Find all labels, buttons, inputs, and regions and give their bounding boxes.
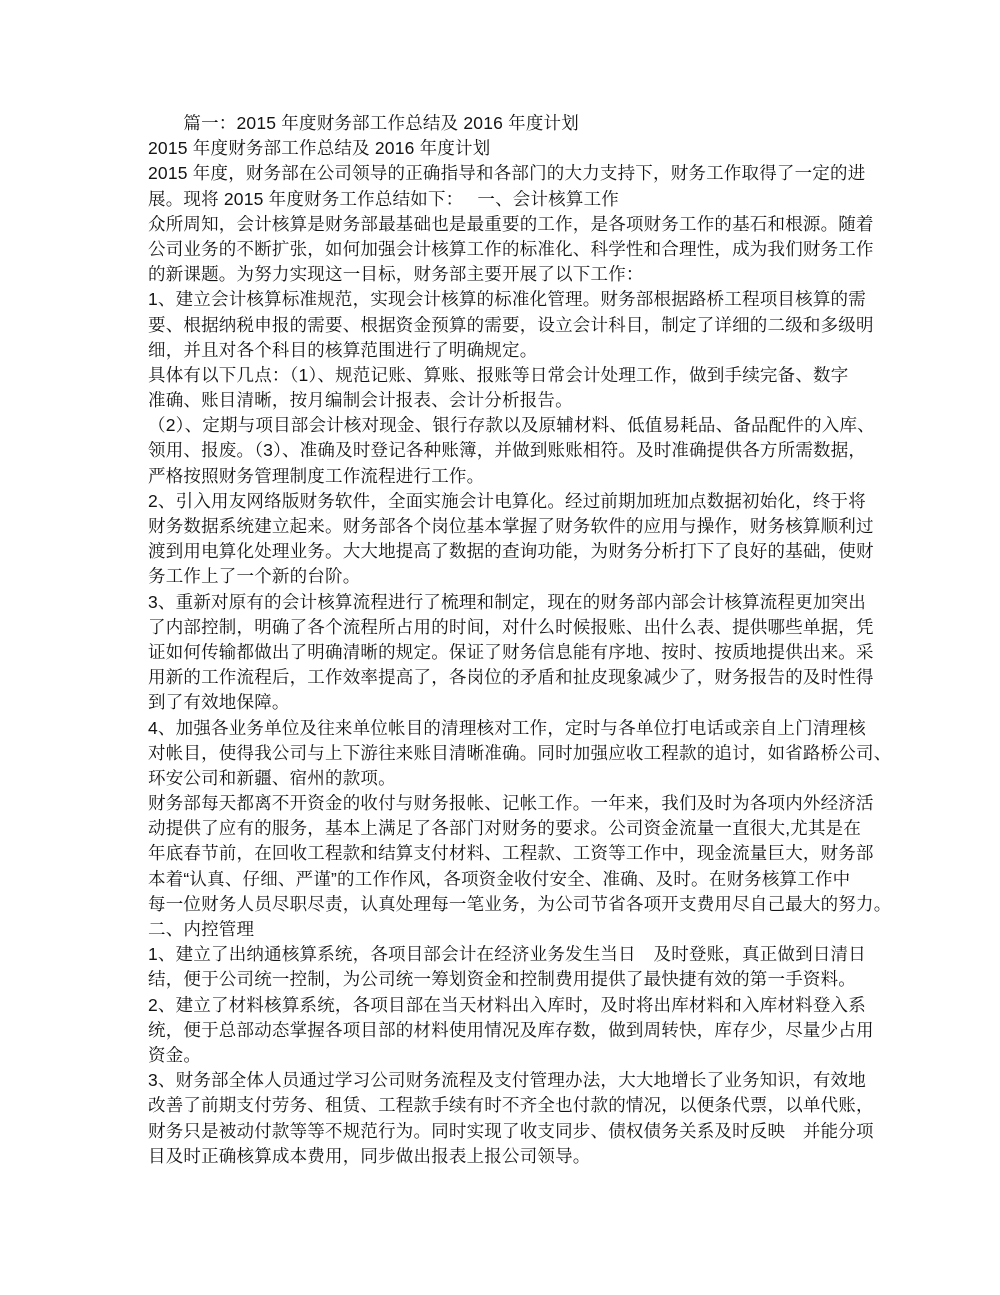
text-line: 1、建立了出纳通核算系统，各项目部会计在经济业务发生当日 及时登账，真正做到日清… xyxy=(148,942,864,967)
text-line: 细，并且对各个科目的核算范围进行了明确规定。 xyxy=(148,338,864,363)
document-page: 篇一：2015 年度财务部工作总结及 2016 年度计划2015 年度财务部工作… xyxy=(0,0,1000,1295)
text-line: 统，便于总部动态掌握各项目部的材料使用情况及库存数，做到周转快，库存少，尽量少占… xyxy=(148,1018,864,1043)
text-line: 领用、报废。（3）、准确及时登记各种账簿，并做到账账相符。及时准确提供各方所需数… xyxy=(148,438,864,463)
text-line: 对帐目，使得我公司与上下游往来账目清晰准确。同时加强应收工程款的追讨，如省路桥公… xyxy=(148,741,864,766)
text-line: 众所周知，会计核算是财务部最基础也是最重要的工作，是各项财务工作的基石和根源。随… xyxy=(148,212,864,237)
text-line: 改善了前期支付劳务、租赁、工程款手续有时不齐全也付款的情况，以便条代票，以单代账… xyxy=(148,1093,864,1118)
text-line: 结，便于公司统一控制，为公司统一筹划资金和控制费用提供了最快捷有效的第一手资料。 xyxy=(148,967,864,992)
text-line: 2015 年度，财务部在公司领导的正确指导和各部门的大力支持下，财务工作取得了一… xyxy=(148,161,864,186)
text-line: 环安公司和新疆、宿州的款项。 xyxy=(148,766,864,791)
text-line: 务工作上了一个新的台阶。 xyxy=(148,564,864,589)
text-line: 展。现将 2015 年度财务工作总结如下： 一、会计核算工作 xyxy=(148,187,864,212)
text-line: 2、建立了材料核算系统，各项目部在当天材料出入库时，及时将出库材料和入库材料登入… xyxy=(148,993,864,1018)
text-line: 4、加强各业务单位及往来单位帐目的清理核对工作，定时与各单位打电话或亲自上门清理… xyxy=(148,716,864,741)
text-line: 公司业务的不断扩张，如何加强会计核算工作的标准化、科学性和合理性，成为我们财务工… xyxy=(148,237,864,262)
text-line: 证如何传输都做出了明确清晰的规定。保证了财务信息能有序地、按时、按质地提供出来。… xyxy=(148,640,864,665)
text-line: 2、引入用友网络版财务软件，全面实施会计电算化。经过前期加班加点数据初始化，终于… xyxy=(148,489,864,514)
text-line: 资金。 xyxy=(148,1043,864,1068)
text-line: 准确、账目清晰，按月编制会计报表、会计分析报告。 xyxy=(148,388,864,413)
text-line: 财务只是被动付款等等不规范行为。同时实现了收支同步、债权债务关系及时反映 并能分… xyxy=(148,1119,864,1144)
text-line: 财务数据系统建立起来。财务部各个岗位基本掌握了财务软件的应用与操作，财务核算顺利… xyxy=(148,514,864,539)
text-line: 二、内控管理 xyxy=(148,917,864,942)
text-line: 了内部控制，明确了各个流程所占用的时间，对什么时候报账、出什么表、提供哪些单据，… xyxy=(148,615,864,640)
text-line: 具体有以下几点：（1）、规范记账、算账、报账等日常会计处理工作，做到手续完备、数… xyxy=(148,363,864,388)
text-line: 篇一：2015 年度财务部工作总结及 2016 年度计划 xyxy=(148,111,864,136)
text-line: 财务部每天都离不开资金的收付与财务报帐、记帐工作。一年来，我们及时为各项内外经济… xyxy=(148,791,864,816)
text-line: 本着“认真、仔细、严谨”的工作作风，各项资金收付安全、准确、及时。在财务核算工作… xyxy=(148,867,864,892)
text-line: 1、建立会计核算标准规范，实现会计核算的标准化管理。财务部根据路桥工程项目核算的… xyxy=(148,287,864,312)
text-line: （2）、定期与项目部会计核对现金、银行存款以及原辅材料、低值易耗品、备品配件的入… xyxy=(148,413,864,438)
text-line: 到了有效地保障。 xyxy=(148,690,864,715)
text-line: 每一位财务人员尽职尽责，认真处理每一笔业务，为公司节省各项开支费用尽自己最大的努… xyxy=(148,892,864,917)
text-line: 3、重新对原有的会计核算流程进行了梳理和制定，现在的财务部内部会计核算流程更加突… xyxy=(148,590,864,615)
text-line: 目及时正确核算成本费用，同步做出报表上报公司领导。 xyxy=(148,1144,864,1169)
text-line: 渡到用电算化处理业务。大大地提高了数据的查询功能，为财务分析打下了良好的基础，使… xyxy=(148,539,864,564)
text-line: 严格按照财务管理制度工作流程进行工作。 xyxy=(148,464,864,489)
text-line: 用新的工作流程后，工作效率提高了，各岗位的矛盾和扯皮现象减少了，财务报告的及时性… xyxy=(148,665,864,690)
document-body-text: 篇一：2015 年度财务部工作总结及 2016 年度计划2015 年度财务部工作… xyxy=(148,111,864,1169)
text-line: 2015 年度财务部工作总结及 2016 年度计划 xyxy=(148,136,864,161)
text-line: 3、财务部全体人员通过学习公司财务流程及支付管理办法，大大地增长了业务知识，有效… xyxy=(148,1068,864,1093)
text-line: 年底春节前，在回收工程款和结算支付材料、工程款、工资等工作中，现金流量巨大，财务… xyxy=(148,841,864,866)
text-line: 的新课题。为努力实现这一目标，财务部主要开展了以下工作： xyxy=(148,262,864,287)
text-line: 要、根据纳税申报的需要、根据资金预算的需要，设立会计科目，制定了详细的二级和多级… xyxy=(148,313,864,338)
text-line: 动提供了应有的服务，基本上满足了各部门对财务的要求。公司资金流量一直很大,尤其是… xyxy=(148,816,864,841)
